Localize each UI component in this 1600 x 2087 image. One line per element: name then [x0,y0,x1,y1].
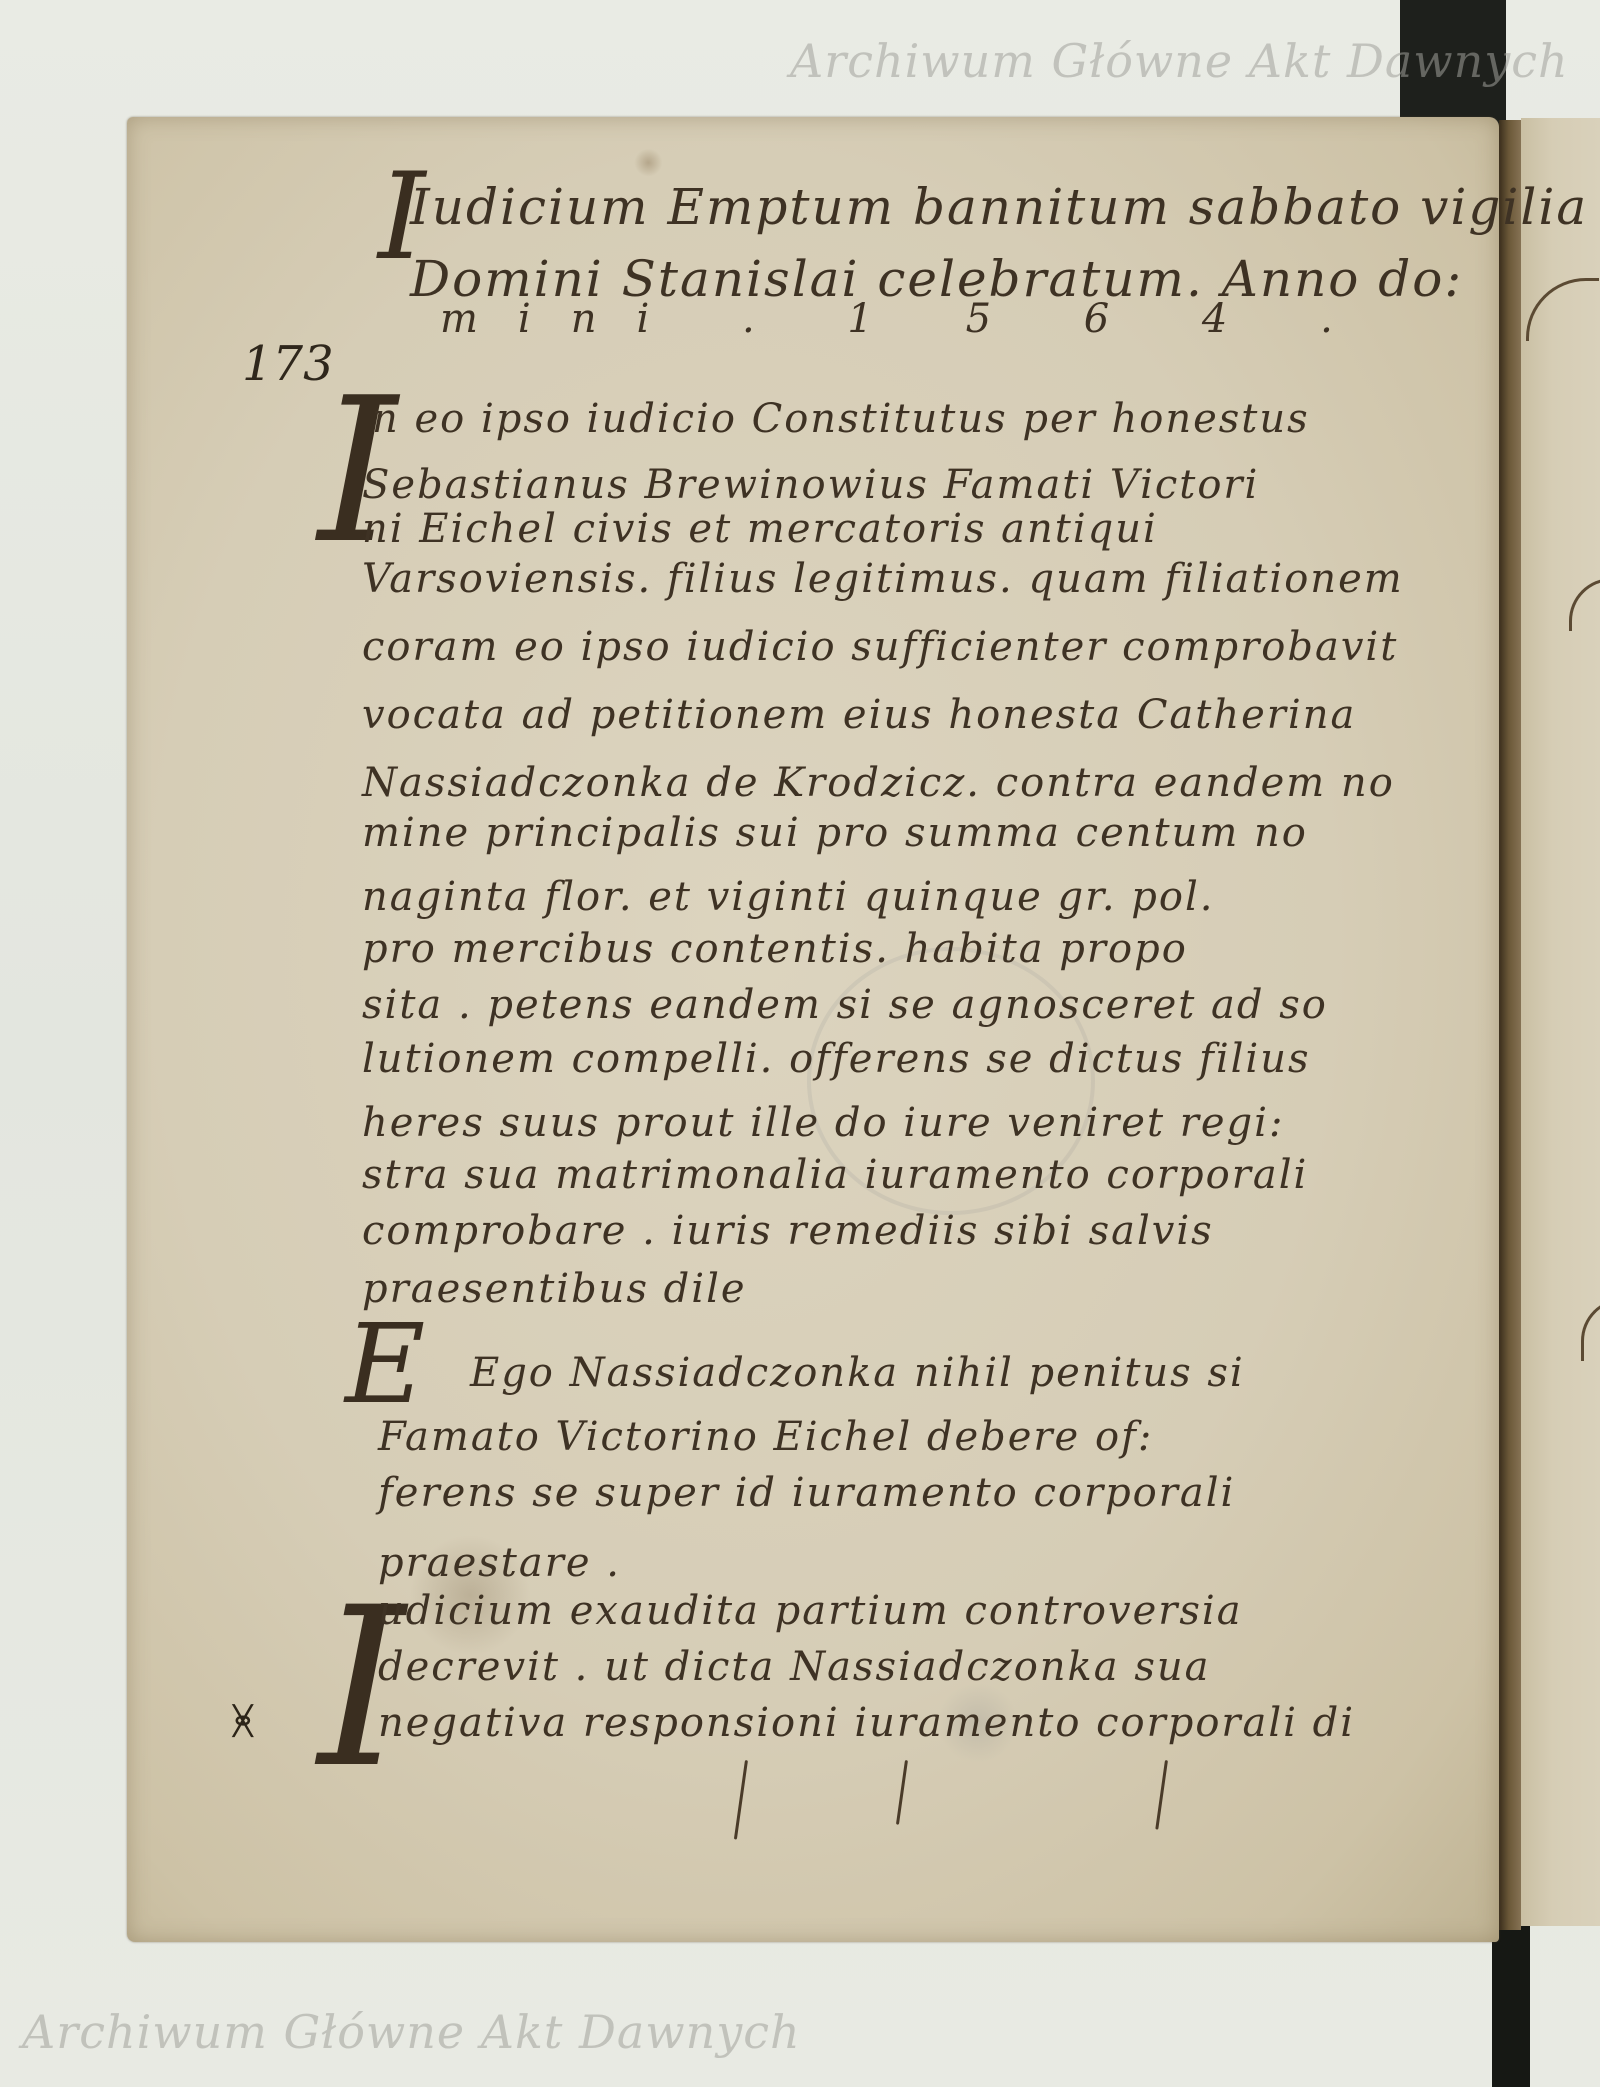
body-line: vocata ad petitionem eius honesta Cather… [362,692,1356,738]
heading-line-1: Iudicium Emptum bannitum sabbato vigilia [410,178,1588,236]
adjacent-page-flourish [1569,578,1600,631]
paragraph-2-initial: E [345,1300,425,1428]
binding-strip-bottom [1492,1925,1530,2087]
archive-watermark-bottom: Archiwum Główne Akt Dawnych [22,2005,801,2059]
body-line: ni Eichel civis et mercatoris antiqui [362,506,1158,552]
paragraph-2-line: Famato Victorino Eichel debere of: [378,1414,1153,1460]
body-line: mine principalis sui pro summa centum no [362,810,1308,856]
body-line: lutionem compelli. offerens se dictus fi… [362,1036,1311,1082]
body-line: comprobare . iuris remediis sibi salvis [362,1208,1214,1254]
paragraph-2-line: ferens se super id iuramento corporali [378,1470,1235,1516]
body-line: coram eo ipso iudicio sufficienter compr… [362,624,1398,670]
body-line: pro mercibus contentis. habita propo [362,926,1188,972]
body-line: stra sua matrimonalia iuramento corporal… [362,1152,1308,1198]
book-gutter [1499,120,1521,1930]
paragraph-2-line: Ego Nassiadczonka nihil penitus si [470,1350,1245,1396]
archive-watermark-top: Archiwum Główne Akt Dawnych [790,34,1569,88]
body-line: Sebastianus Brewinowius Famati Victori [362,462,1259,508]
body-line: sita . petens eandem si se agnosceret ad… [362,982,1328,1028]
margin-mark: ᚸ [232,1700,254,1742]
body-line: Varsoviensis. filius legitimus. quam fil… [362,556,1404,602]
adjacent-page [1521,118,1600,1926]
paragraph-3-line: udicium exaudita partium controversia [378,1588,1243,1634]
adjacent-page-flourish [1581,1298,1600,1361]
paragraph-2-line: praestare . [378,1540,621,1586]
heading-line-3: mini . 1 5 6 4 . [440,296,1373,342]
adjacent-page-flourish [1526,278,1599,341]
body-line: n eo ipso iudicio Constitutus per honest… [372,396,1310,442]
body-line: naginta flor. et viginti quinque gr. pol… [362,874,1214,920]
body-line: Nassiadczonka de Krodzicz. contra eandem… [362,760,1395,806]
paragraph-3-line: decrevit . ut dicta Nassiadczonka sua [378,1644,1210,1690]
body-line: heres suus prout ille do iure veniret re… [362,1100,1284,1146]
paragraph-3-line: negativa responsioni iuramento corporali… [378,1700,1355,1746]
